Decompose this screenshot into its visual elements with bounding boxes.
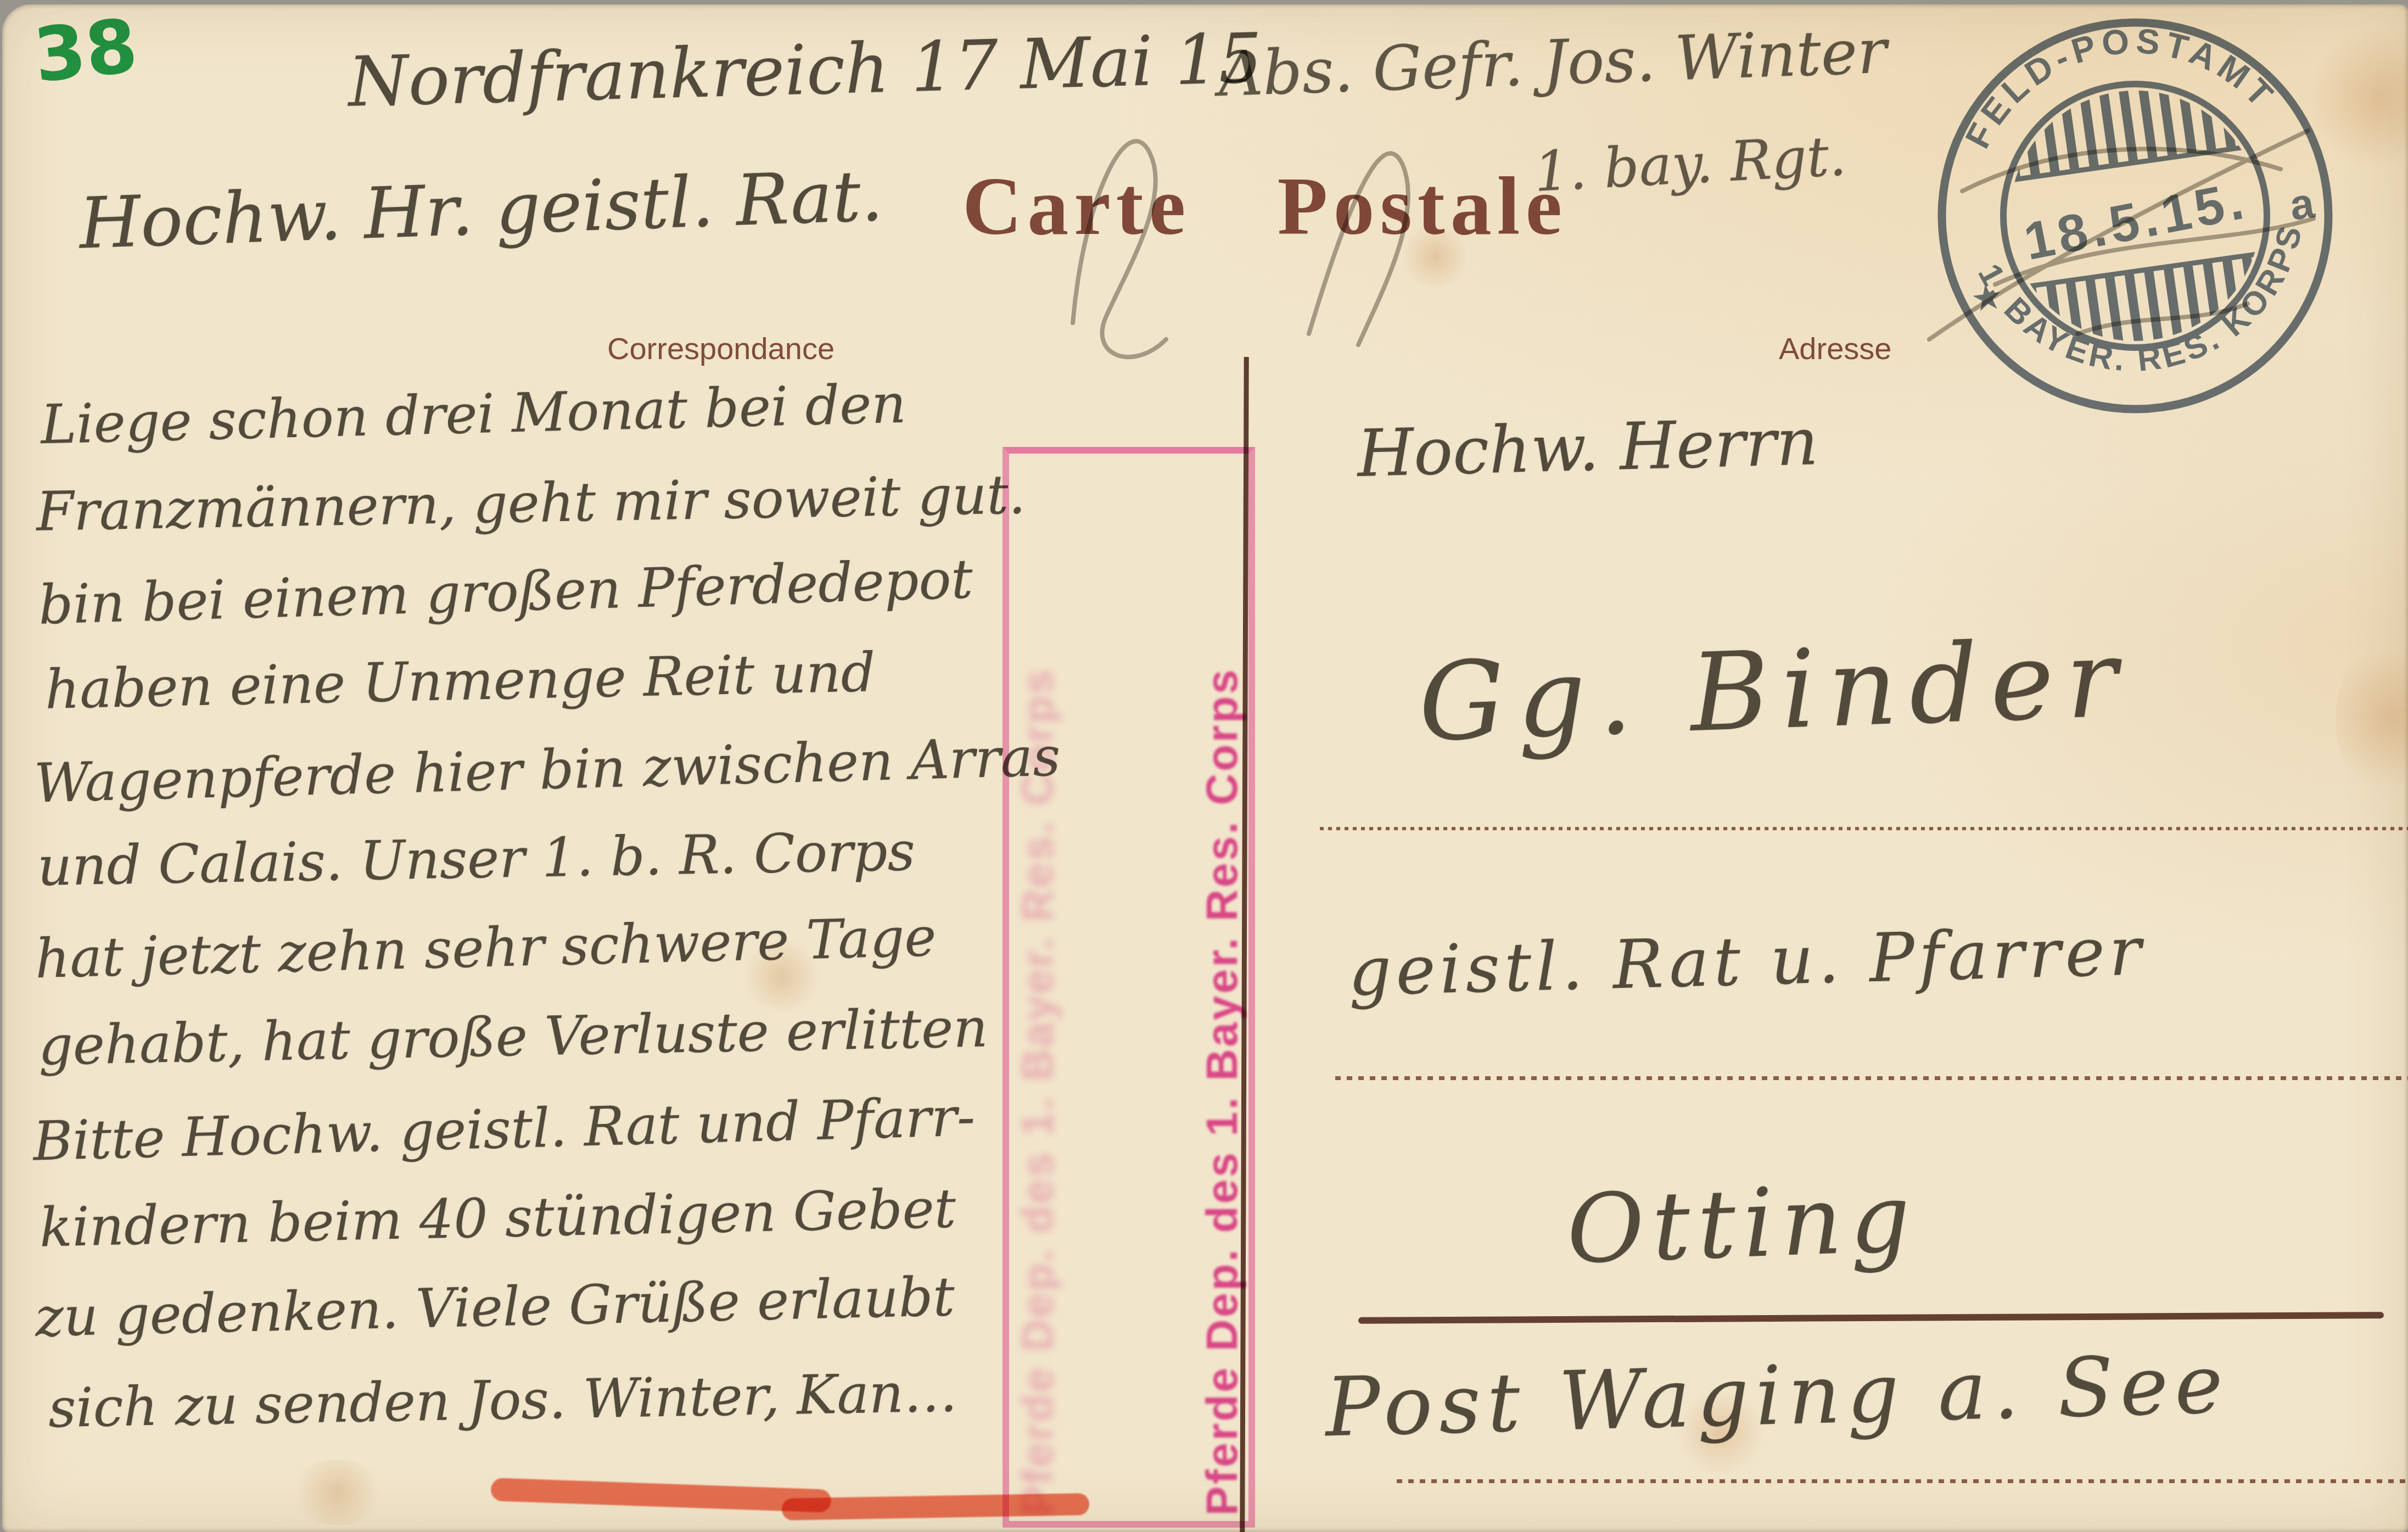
message-line: Bitte Hochw. geistl. Rat und Pfarr- [32,1086,976,1173]
message-line: und Calais. Unser 1. b. R. Corps [37,820,916,898]
message-line: gehabt, hat große Verluste erlitten [38,997,988,1077]
message-line: zu gedenken. Viele Grüße erlaubt [35,1266,955,1349]
pferde-depot-stamp: Pferde Dep. des 1. Bayer. Res. Corps Pfe… [1003,447,1255,1528]
address-line: Otting [1565,1162,1920,1285]
address-line: Gg. Binder [1416,616,2131,765]
message-line: bin bei einem großen Pferdedepot [38,548,974,636]
address-line: geistl. Rat u. Pfarrer [1347,912,2146,1011]
postcard: 38 Carte Postale Correspondance Adresse [2,4,2408,1532]
stain [2336,636,2408,801]
address-rule-1 [1320,827,2408,830]
address-rule-3 [1358,1312,2384,1324]
message-line: haben eine Unmenge Reit und [44,641,876,722]
pferde-depot-stamp-text: Pferde Dep. des 1. Bayer. Res. Corps [1197,459,1247,1516]
message-line: Wagenpferde hier bin zwischen Arras [33,726,1061,815]
pencil-scribbles [798,26,2408,411]
salutation: Hochw. Hr. geistl. Rat. [78,155,884,265]
message-line: Franzmännern, geht mir soweit gut. [36,463,1026,543]
message-line: kindern beim 40 stündigen Gebet [39,1178,956,1260]
message-line: Liege schon drei Monat bei den [40,373,907,456]
address-line: Hochw. Herrn [1356,404,1819,491]
signature-underline [490,1478,831,1513]
address-line: Post Waging a. See [1324,1337,2231,1455]
stain [288,1460,387,1525]
pferde-depot-stamp-text-ghost: Pferde Dep. des 1. Bayer. Res. Corps [1012,459,1063,1516]
address-rule-2 [1335,1076,2408,1080]
message-line: sich zu senden Jos. Winter, Kan… [48,1362,958,1440]
address-rule-4 [1397,1479,2408,1483]
collector-number: 38 [30,3,141,99]
